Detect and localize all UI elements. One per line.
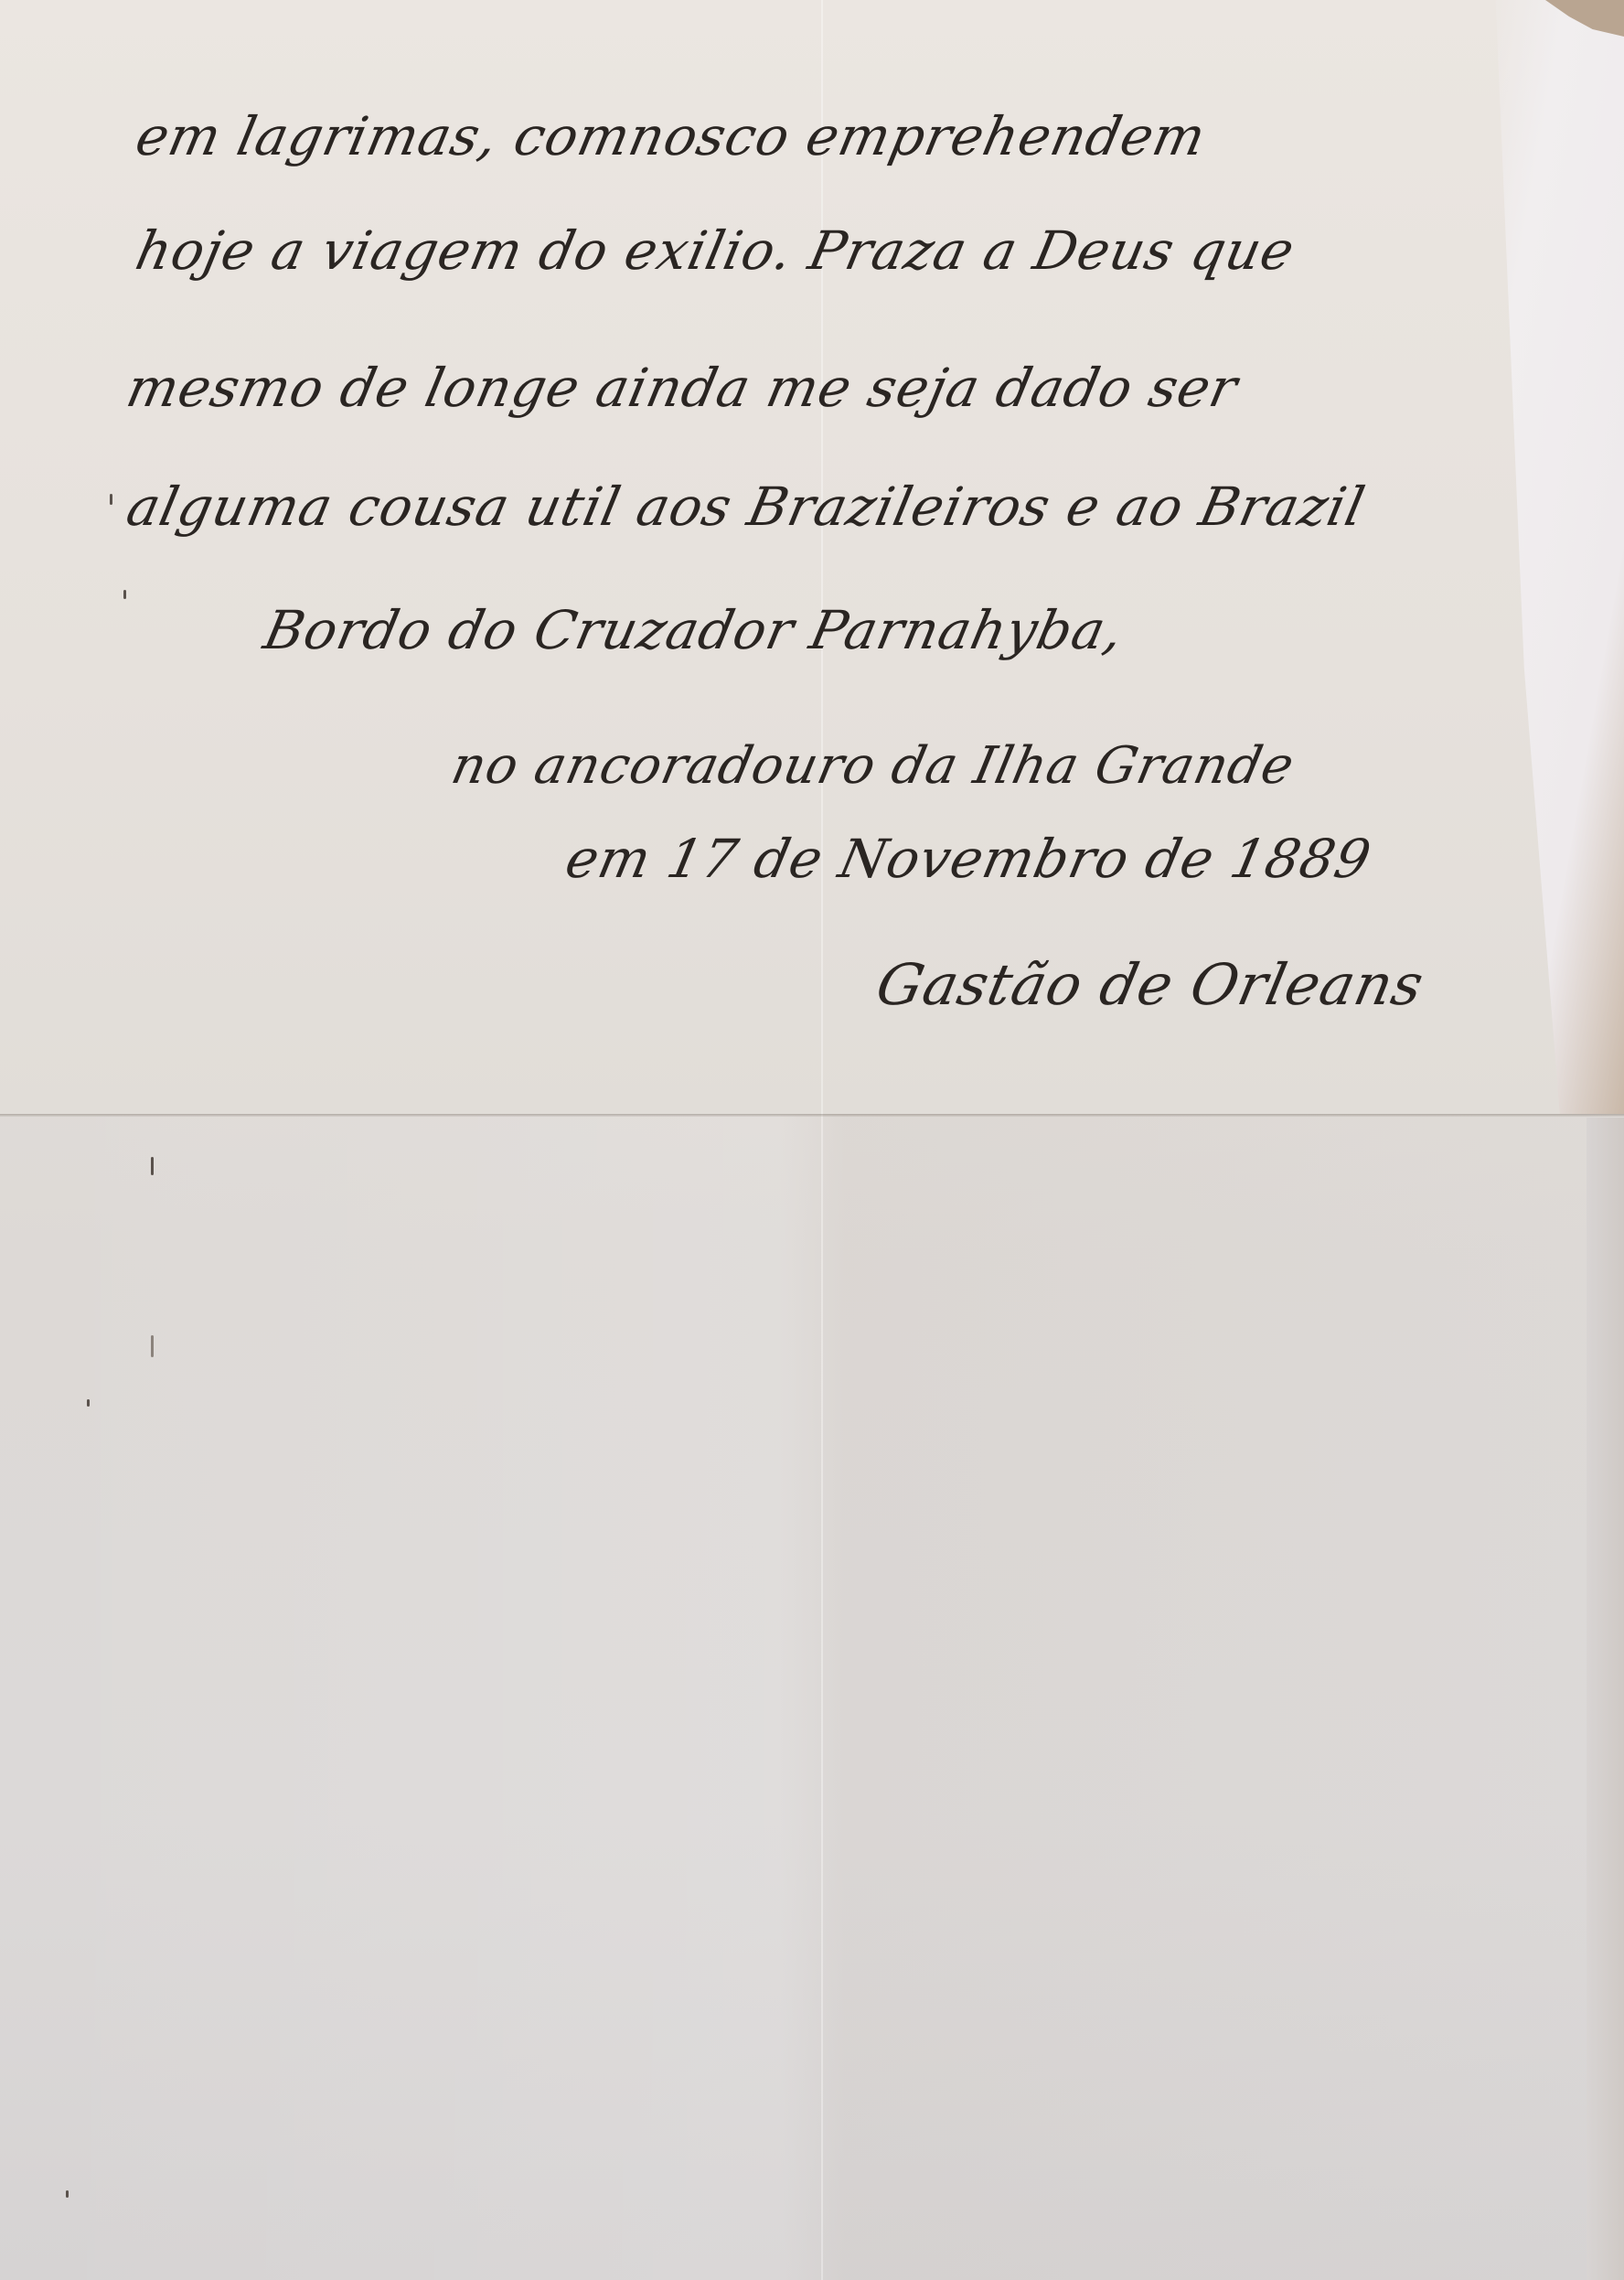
ink-speck xyxy=(151,1157,154,1175)
vertical-crease xyxy=(821,0,823,2280)
ink-speck xyxy=(87,1399,90,1407)
letter-page: em lagrimas, comnosco emprehendem hoje a… xyxy=(0,0,1624,2280)
location-line-ship: Bordo do Cruzador Parnahyba, xyxy=(259,599,1129,661)
ink-speck xyxy=(66,2190,69,2198)
paper-crease-mark xyxy=(151,1335,154,1357)
right-edge-shadow xyxy=(1587,1118,1624,2280)
letter-line-1: em lagrimas, comnosco emprehendem xyxy=(131,105,1212,167)
ink-speck xyxy=(110,494,112,505)
letter-line-4: alguma cousa util aos Brazileiros e ao B… xyxy=(122,476,1371,538)
location-line-anchorage: no ancoradouro da Ilha Grande xyxy=(446,736,1299,796)
signature: Gastão de Orleans xyxy=(871,951,1430,1018)
date-line: em 17 de Novembro de 1889 xyxy=(561,828,1377,890)
letter-line-2: hoje a viagem do exilio. Praza a Deus qu… xyxy=(131,219,1300,282)
letter-line-3: mesmo de longe ainda me seja dado ser xyxy=(122,357,1244,419)
horizontal-fold-line xyxy=(0,1114,1624,1117)
ink-speck xyxy=(123,590,126,599)
